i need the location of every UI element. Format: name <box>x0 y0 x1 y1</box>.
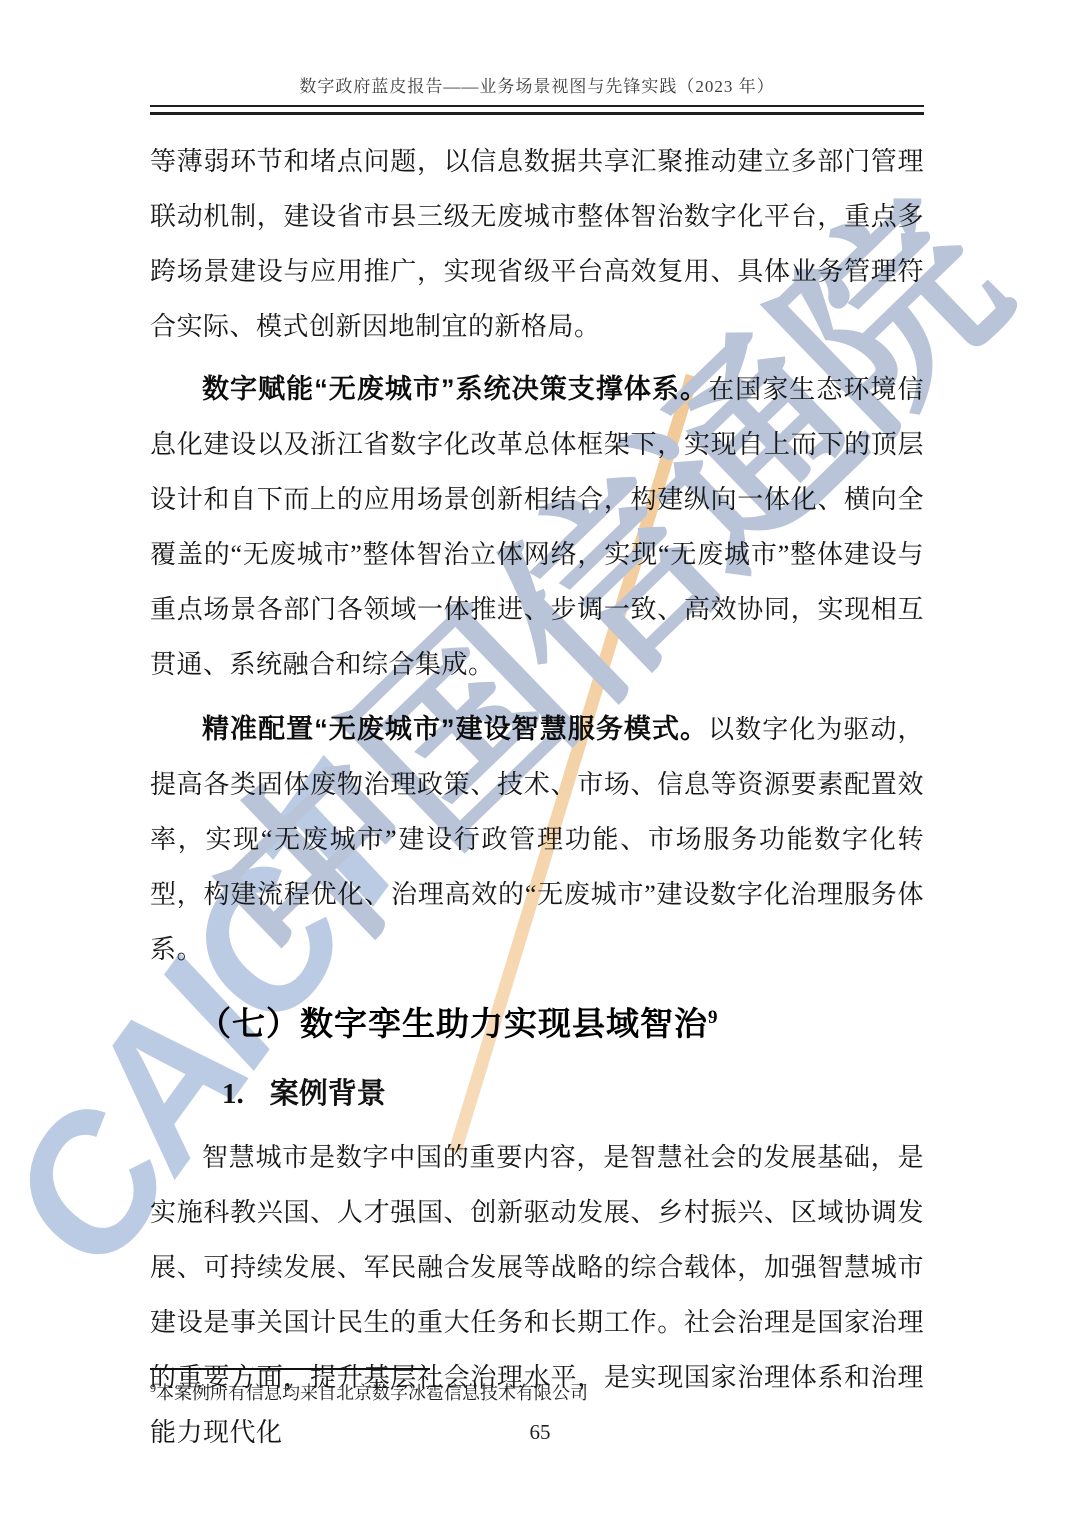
footnote: 9本案例所有信息均来自北京数字冰雹信息技术有限公司 <box>150 1380 924 1406</box>
subsection-title: 案例背景 <box>270 1078 386 1110</box>
paragraph-smart-city: 智慧城市是数字中国的重要内容，是智慧社会的发展基础，是实施科教兴国、人才强国、创… <box>150 1130 924 1460</box>
footnote-separator-rule <box>150 1368 430 1370</box>
subsection-number: 1. <box>222 1078 244 1110</box>
running-header: 数字政府蓝皮报告——业务场景视图与先锋实践（2023 年） <box>150 72 924 97</box>
paragraph-continued: 等薄弱环节和堵点问题，以信息数据共享汇聚推动建立多部门管理联动机制，建设省市县三… <box>150 134 924 354</box>
page-number: 65 <box>0 1420 1080 1445</box>
page-body: 等薄弱环节和堵点问题，以信息数据共享汇聚推动建立多部门管理联动机制，建设省市县三… <box>150 134 924 1460</box>
section-heading-text: （七）数字孪生助力实现县域智治 <box>198 1007 708 1043</box>
paragraph-lead-bold: 精准配置“无废城市”建设智慧服务模式。 <box>202 714 708 744</box>
paragraph-body-text: 在国家生态环境信息化建设以及浙江省数字化改革总体框架下，实现自上而下的顶层设计和… <box>150 375 924 679</box>
paragraph-body-text: 以数字化为驱动，提高各类固体废物治理政策、技术、市场、信息等资源要素配置效率，实… <box>150 715 924 964</box>
paragraph-digital-empowerment: 数字赋能“无废城市”系统决策支撑体系。在国家生态环境信息化建设以及浙江省数字化改… <box>150 362 924 692</box>
subsection-heading-case-background: 1.案例背景 <box>150 1067 924 1122</box>
section-heading-seven: （七）数字孪生助力实现县域智治9 <box>150 995 924 1055</box>
header-double-rule <box>150 105 924 115</box>
paragraph-lead-bold: 数字赋能“无废城市”系统决策支撑体系。 <box>202 374 708 404</box>
footnote-text: 本案例所有信息均来自北京数字冰雹信息技术有限公司 <box>156 1383 588 1403</box>
paragraph-precise-allocation: 精准配置“无废城市”建设智慧服务模式。以数字化为驱动，提高各类固体废物治理政策、… <box>150 702 924 977</box>
document-page: CAICT 中国信通院 数字政府蓝皮报告——业务场景视图与先锋实践（2023 年… <box>0 0 1080 1527</box>
footnote-reference-mark: 9 <box>708 1007 719 1028</box>
